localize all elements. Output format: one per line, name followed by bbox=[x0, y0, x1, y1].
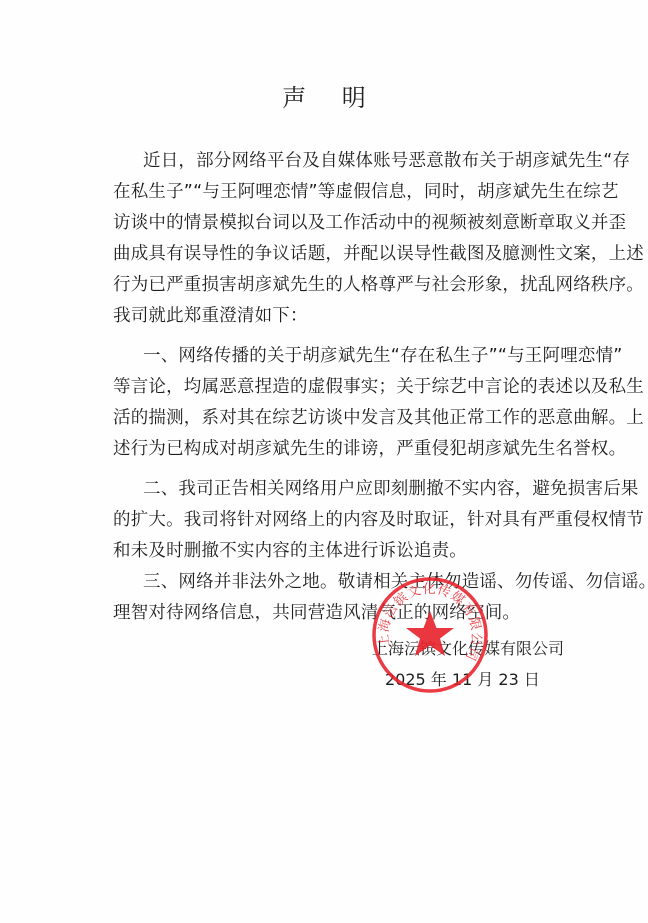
paragraph-1-line-2: 在私生子”“与王阿哩恋情”等虚假信息，同时，胡彦斌先生在综艺 bbox=[113, 181, 543, 203]
paragraph-1-line-4: 曲成具有误导性的争议话题，并配以误导性截图及臆测性文案，上述 bbox=[113, 243, 543, 265]
paragraph-4-line-1: 三、网络并非法外之地。敬请相关主体勿造谣、勿传谣、勿信谣。 bbox=[143, 571, 573, 593]
paragraph-2-line-3: 活的揣测，系对其在综艺访谈中发言及其他正常工作的恶意曲解。上 bbox=[113, 407, 543, 429]
paragraph-2-line-4: 述行为已构成对胡彦斌先生的诽谤，严重侵犯胡彦斌先生名誉权。 bbox=[113, 438, 543, 460]
paragraph-4-line-2: 理智对待网络信息，共同营造风清气正的网络空间。 bbox=[113, 602, 543, 624]
paragraph-3-line-1: 二、我司正告相关网络用户应即刻删撤不实内容，避免损害后果 bbox=[143, 478, 573, 500]
document-date: 2025 年 11 月 23 日 bbox=[385, 669, 540, 691]
document-page: 声 明 近日，部分网络平台及自媒体账号恶意散布关于胡彦斌先生“存 在私生子”“与… bbox=[0, 0, 648, 923]
paragraph-2-line-1: 一、网络传播的关于胡彦斌先生“存在私生子”“与王阿哩恋情” bbox=[143, 345, 573, 367]
paragraph-1-line-3: 访谈中的情景模拟台词以及工作活动中的视频被刻意断章取义并歪 bbox=[113, 212, 543, 234]
document-title: 声 明 bbox=[0, 78, 648, 113]
paragraph-1-line-5: 行为已严重损害胡彦斌先生的人格尊严与社会形象，扰乱网络秩序。 bbox=[113, 274, 543, 296]
paragraph-1-line-1: 近日，部分网络平台及自媒体账号恶意散布关于胡彦斌先生“存 bbox=[143, 150, 573, 172]
paragraph-1-line-6: 我司就此郑重澄清如下： bbox=[113, 305, 543, 327]
company-name: 上海沄镔文化传媒有限公司 bbox=[372, 638, 564, 660]
paragraph-2-line-2: 等言论，均属恶意捏造的虚假事实；关于综艺中言论的表述以及私生 bbox=[113, 376, 543, 398]
paragraph-3-line-3: 和未及时删撤不实内容的主体进行诉讼追责。 bbox=[113, 540, 543, 562]
paragraph-3-line-2: 的扩大。我司将针对网络上的内容及时取证，针对具有严重侵权情节 bbox=[113, 509, 543, 531]
